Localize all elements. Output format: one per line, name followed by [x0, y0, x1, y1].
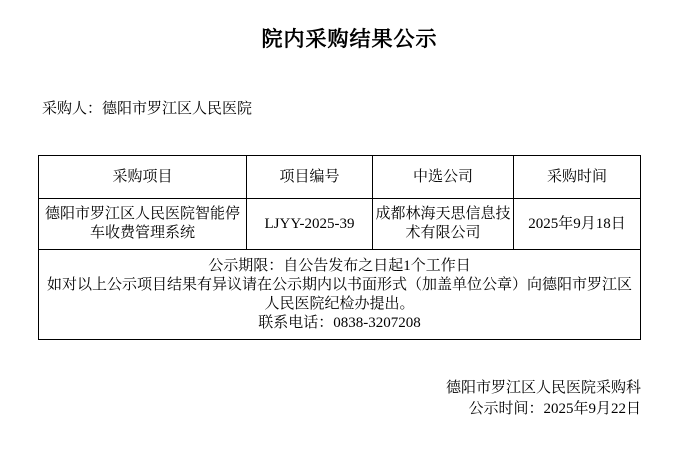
footer-publish-date: 公示时间：2025年9月22日: [446, 399, 641, 420]
notice-line-objection: 如对以上公示项目结果有异议请在公示期内以书面形式（加盖单位公章）向德阳市罗江区人…: [41, 276, 638, 314]
footer-block: 德阳市罗江区人民医院采购科 公示时间：2025年9月22日: [446, 378, 641, 420]
header-selected-company: 中选公司: [373, 156, 514, 199]
table-header-row: 采购项目 项目编号 中选公司 采购时间: [39, 156, 641, 199]
cell-project-name: 德阳市罗江区人民医院智能停车收费管理系统: [39, 199, 247, 250]
notice-cell: 公示期限：自公告发布之日起1个工作日 如对以上公示项目结果有异议请在公示期内以书…: [39, 250, 641, 340]
table-row: 德阳市罗江区人民医院智能停车收费管理系统 LJYY-2025-39 成都林海天思…: [39, 199, 641, 250]
notice-line-period: 公示期限：自公告发布之日起1个工作日: [41, 257, 638, 276]
header-procurement-date: 采购时间: [514, 156, 641, 199]
notice-row: 公示期限：自公告发布之日起1个工作日 如对以上公示项目结果有异议请在公示期内以书…: [39, 250, 641, 340]
cell-selected-company: 成都林海天思信息技术有限公司: [373, 199, 514, 250]
footer-issuer: 德阳市罗江区人民医院采购科: [446, 378, 641, 399]
page-title: 院内采购结果公示: [0, 26, 699, 53]
cell-project-number: LJYY-2025-39: [247, 199, 373, 250]
announcement-page: 院内采购结果公示 采购人：德阳市罗江区人民医院 采购项目 项目编号 中选公司 采…: [0, 0, 699, 455]
header-procurement-item: 采购项目: [39, 156, 247, 199]
cell-procurement-date: 2025年9月18日: [514, 199, 641, 250]
notice-line-phone: 联系电话：0838-3207208: [41, 314, 638, 333]
results-table: 采购项目 项目编号 中选公司 采购时间 德阳市罗江区人民医院智能停车收费管理系统…: [38, 155, 641, 340]
header-project-number: 项目编号: [247, 156, 373, 199]
purchaser-line: 采购人：德阳市罗江区人民医院: [42, 99, 252, 119]
